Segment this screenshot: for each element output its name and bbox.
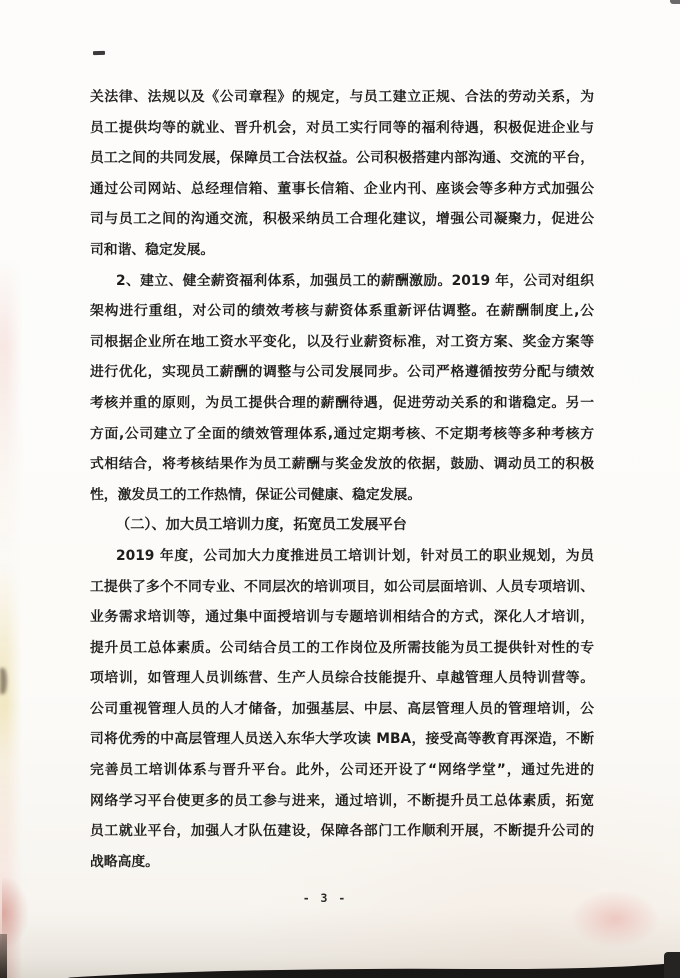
paragraph-line: 员工提供均等的就业、晋升机会，对员工实行同等的福利待遇，积极促进企业与 bbox=[90, 113, 594, 144]
paragraph-line: 业务需求培训等，通过集中面授培训与专题培训相结合的方式，深化人才培训， bbox=[90, 602, 594, 633]
paragraph-line: 通过公司网站、总经理信箱、董事长信箱、企业内刊、座谈会等多种方式加强公 bbox=[90, 174, 594, 205]
scanned-page-background: 关法律、法规以及《公司章程》的规定，与员工建立正规、合法的劳动关系，为员工提供均… bbox=[0, 0, 680, 978]
document-text: 关法律、法规以及《公司章程》的规定，与员工建立正规、合法的劳动关系，为员工提供均… bbox=[90, 82, 594, 877]
paragraph-line: 工提供了多个不同专业、不同层次的培训项目，如公司层面培训、人员专项培训、 bbox=[90, 572, 594, 603]
paragraph-line: 战略高度。 bbox=[90, 847, 594, 878]
paragraph-line: 性，激发员工的工作热情，保证公司健康、稳定发展。 bbox=[90, 480, 594, 511]
scan-pink-smudge-right bbox=[570, 890, 660, 948]
scan-edge-dark-spot bbox=[0, 668, 7, 694]
paragraph-line: 2、建立、健全薪资福利体系，加强员工的薪酬激励。2019 年，公司对组织 bbox=[90, 266, 594, 297]
paragraph-line: 方面,公司建立了全面的绩效管理体系,通过定期考核、不定期考核等多种考核方 bbox=[90, 419, 594, 450]
paragraph-line: 完善员工培训体系与晋升平台。此外，公司还开设了“网络学堂”，通过先进的 bbox=[90, 755, 594, 786]
paragraph-line: 式相结合，将考核结果作为员工薪酬与奖金发放的依据，鼓励、调动员工的积极 bbox=[90, 449, 594, 480]
scan-corner-mark-top-right bbox=[670, 0, 680, 4]
paragraph-line: 进行优化，实现员工薪酬的调整与公司发展同步。公司严格遵循按劳分配与绩效 bbox=[90, 357, 594, 388]
scan-bottom-edge-band bbox=[0, 948, 680, 978]
paragraph-line: 员工之间的共同发展，保障员工合法权益。公司积极搭建内部沟通、交流的平台， bbox=[90, 143, 594, 174]
scan-edge-left-tint bbox=[0, 260, 22, 978]
stray-dash-mark bbox=[93, 51, 105, 55]
scan-corner-mark-bottom-right bbox=[664, 952, 680, 978]
page-number: - 3 - bbox=[270, 891, 380, 905]
paragraph-line: 提升员工总体素质。公司结合员工的工作岗位及所需技能为员工提供针对性的专 bbox=[90, 633, 594, 664]
scan-bottom-left-strip bbox=[0, 934, 7, 978]
paragraph-line: 考核并重的原则，为员工提供合理的薪酬待遇，促进劳动关系的和谐稳定。另一 bbox=[90, 388, 594, 419]
paragraph-line: 架构进行重组，对公司的绩效考核与薪资体系重新评估调整。在薪酬制度上,公 bbox=[90, 296, 594, 327]
paragraph-line: 司根据企业所在地工资水平变化，以及行业薪资标准，对工资方案、奖金方案等 bbox=[90, 327, 594, 358]
paragraph-line: 2019 年度，公司加大力度推进员工培训计划，针对员工的职业规划，为员 bbox=[90, 541, 594, 572]
paragraph-line: 公司重视管理人员的人才储备，加强基层、中层、高层管理人员的管理培训，公 bbox=[90, 694, 594, 725]
paragraph-line: 关法律、法规以及《公司章程》的规定，与员工建立正规、合法的劳动关系，为 bbox=[90, 82, 594, 113]
paragraph-line: 项培训，如管理人员训练营、生产人员综合技能提升、卓越管理人员特训营等。 bbox=[90, 663, 594, 694]
section-heading-line: （二）、加大员工培训力度，拓宽员工发展平台 bbox=[90, 510, 594, 541]
paragraph-line: 司和谐、稳定发展。 bbox=[90, 235, 594, 266]
paragraph-line: 网络学习平台使更多的员工参与进来，通过培训，不断提升员工总体素质，拓宽 bbox=[90, 786, 594, 817]
paragraph-line: 员工就业平台，加强人才队伍建设，保障各部门工作顺利开展，不断提升公司的 bbox=[90, 816, 594, 847]
paragraph-line: 司将优秀的中高层管理人员送入东华大学攻读 MBA，接受高等教育再深造，不断 bbox=[90, 724, 594, 755]
paragraph-line: 司与员工之间的沟通交流，积极采纳员工合理化建议，增强公司凝聚力，促进公 bbox=[90, 204, 594, 235]
